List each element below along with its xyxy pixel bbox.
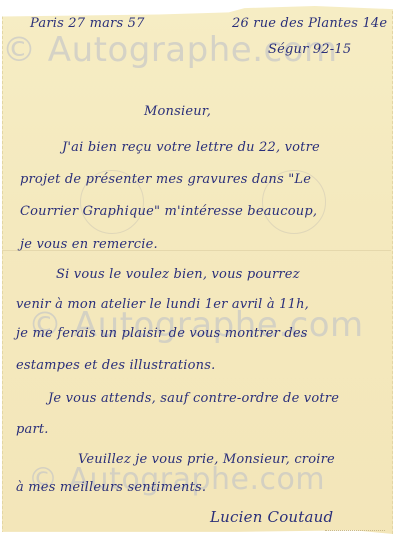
body-line: part. — [16, 422, 49, 437]
body-line: Veuillez je vous prie, Monsieur, croire — [78, 452, 335, 467]
body-line: projet de présenter mes gravures dans "L… — [20, 172, 311, 187]
body-line: je vous en remercie. — [20, 237, 158, 252]
body-line: estampes et des illustrations. — [16, 358, 215, 373]
salutation: Monsieur, — [144, 104, 211, 119]
body-line: Je vous attends, sauf contre-ordre de vo… — [48, 391, 339, 406]
body-line: à mes meilleurs sentiments. — [16, 480, 206, 495]
body-line: Courrier Graphique" m'intéresse beaucoup… — [20, 204, 317, 219]
address-line-2: Ségur 92-15 — [268, 42, 351, 57]
body-line: venir à mon atelier le lundi 1er avril à… — [16, 297, 309, 312]
body-line: je me ferais un plaisir de vous montrer … — [16, 326, 308, 341]
perforation-edge — [325, 530, 385, 531]
body-line: Si vous le voulez bien, vous pourrez — [56, 267, 300, 282]
body-line: J'ai bien reçu votre lettre du 22, votre — [62, 140, 320, 155]
address-line-1: 26 rue des Plantes 14e — [232, 16, 387, 31]
signature: Lucien Coutaud — [210, 508, 333, 526]
place-date: Paris 27 mars 57 — [30, 16, 145, 31]
